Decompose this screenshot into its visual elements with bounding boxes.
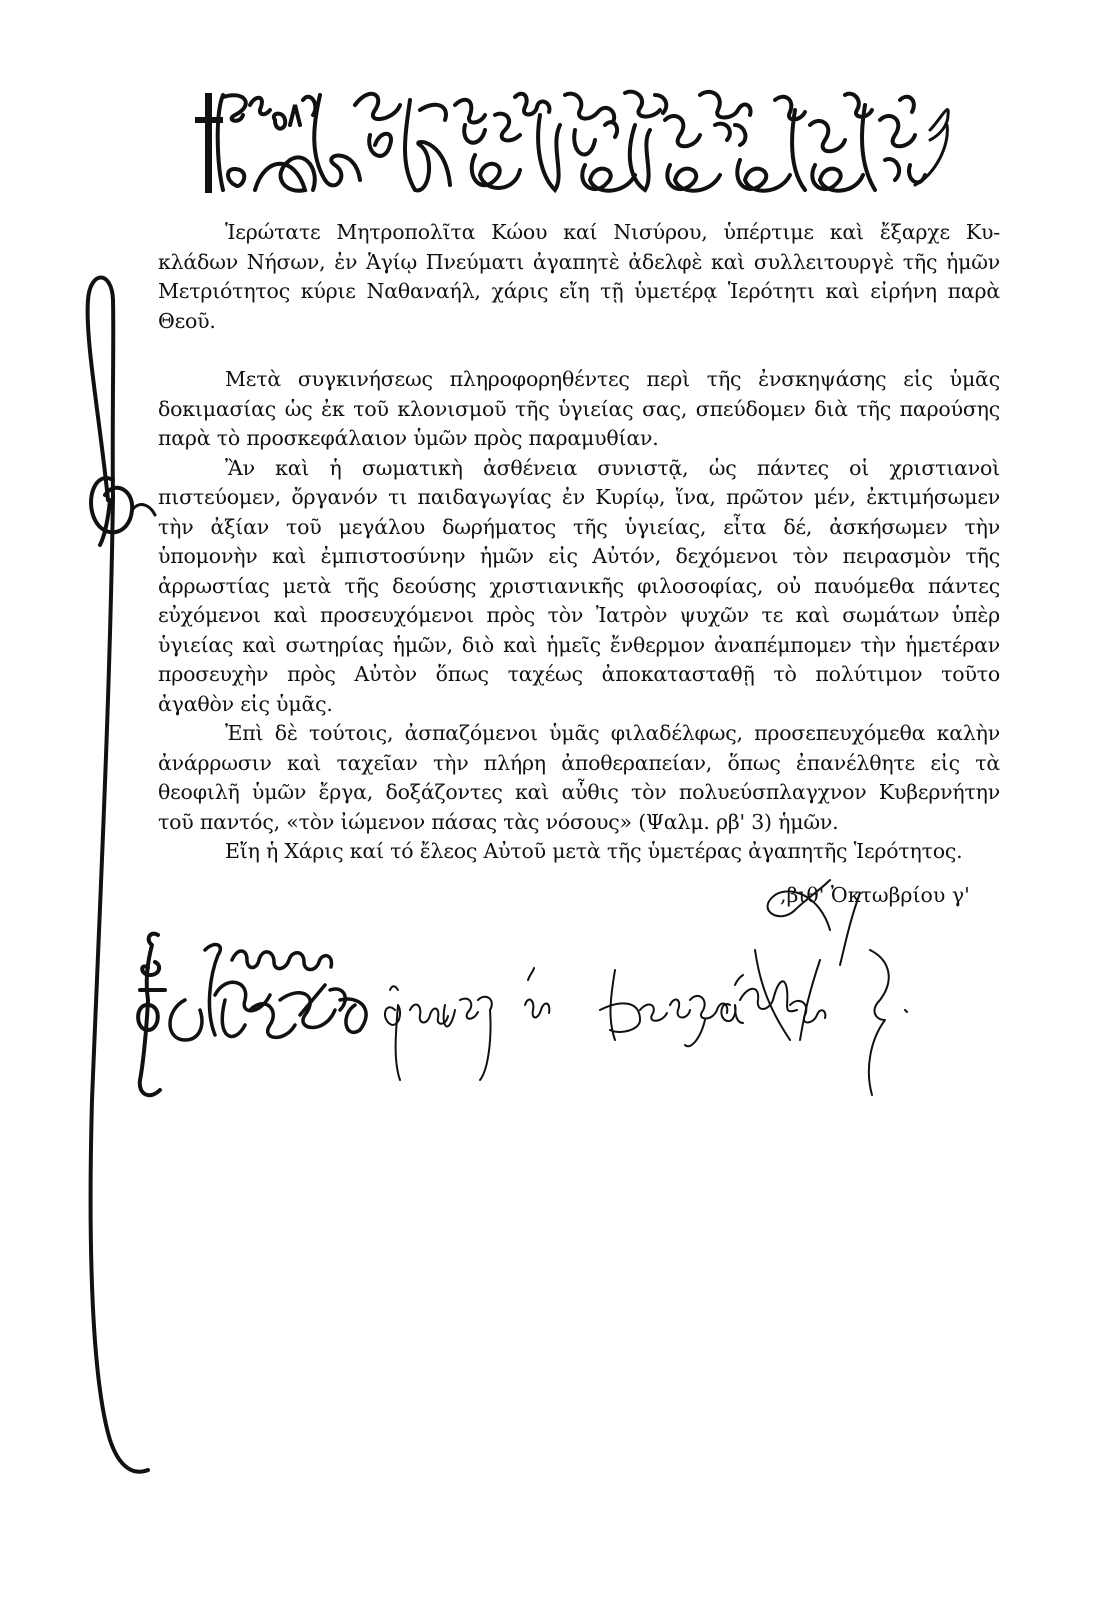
signature (0, 0, 1116, 1600)
patriarch-symbol (138, 934, 165, 1096)
signature-monogram (170, 945, 366, 1040)
signature-handwriting (385, 880, 907, 1095)
